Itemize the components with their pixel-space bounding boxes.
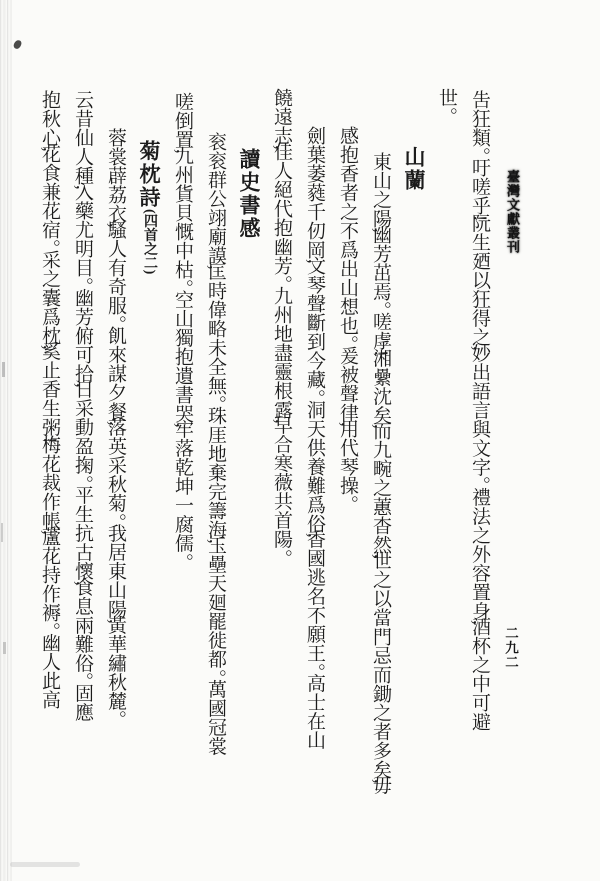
poem-title-du-shi-shu-gan: 讀史書感	[232, 88, 265, 870]
running-head: 臺灣文獻叢刊	[503, 170, 522, 254]
text-column-13: 云昔仙人種,入藥尤明目。幽芳俯可拾,日采動盈掬。平生抗古懷,食息兩難俗。固應	[66, 88, 99, 870]
poem-title-ju-zhen-shi: 菊枕詩(四首之二)	[132, 88, 166, 870]
text-column-5: 感抱香者之不爲出山想也。爰被聲律,用代琴操。	[331, 88, 364, 870]
text-column-2: 世。	[430, 88, 463, 870]
scanned-book-page: 臺灣文獻叢刊 二九二 吿狂類。吁嗟乎!阮生廼以狂得之,妙出語言與文字。禮法之外容…	[0, 0, 600, 881]
text-column-10: 嗟倒置,九州貨貝慨中枯。空山獨抱遺書哭,牢落乾坤一腐儒。	[166, 88, 199, 870]
text-column-7: 饒遠志,佳人絕代抱幽芳。九州地盡靈根露,早合寒薇共首陽。	[265, 88, 298, 870]
text-column-14: 抱秋心,花食兼花宿。采之囊爲枕,奚止香生粥!梅花裁作帳,蘆花持作褥。幽人此高	[33, 88, 66, 870]
text-column-4: 東山之陽,幽芳茁焉。嗟虖!湘纍沈矣,而九畹之蕙杳然,世之以當門忌而鋤之者多矣,毋	[364, 88, 397, 870]
poem-title-shan-lan: 山蘭	[397, 88, 430, 870]
text-column-12: 蓉裳薜荔衣,騷人有奇服。飢來謀夕餐,落英采秋菊。我居東山陽,黃華繡秋麓。	[99, 88, 132, 870]
ink-speck	[13, 39, 23, 50]
text-column-1: 吿狂類。吁嗟乎!阮生廼以狂得之,妙出語言與文字。禮法之外容置身,酒杯之中可避	[463, 88, 496, 870]
scan-noise-mark	[2, 362, 5, 377]
poem-title-text: 菊枕詩	[137, 140, 161, 209]
text-block: 吿狂類。吁嗟乎!阮生廼以狂得之,妙出語言與文字。禮法之外容置身,酒杯之中可避 世…	[33, 88, 496, 870]
page-number: 二九二	[500, 626, 520, 670]
scan-gutter-shadow	[0, 0, 12, 881]
scan-noise-mark	[1, 523, 3, 542]
scan-noise-mark	[3, 642, 6, 654]
text-column-6: 劍葉萎蕤千仞岡,文琴聲斷到今藏。洞天供養難爲俗,香國逃名不願王。高士在山	[298, 88, 331, 870]
text-column-9: 衮衮群公翊廟謨,匡時偉略未全無。珠厓地棄完籌海,玉壘天廻罷徙都。萬國冠裳	[199, 88, 232, 870]
poem-title-subtitle: (四首之二)	[142, 209, 157, 274]
